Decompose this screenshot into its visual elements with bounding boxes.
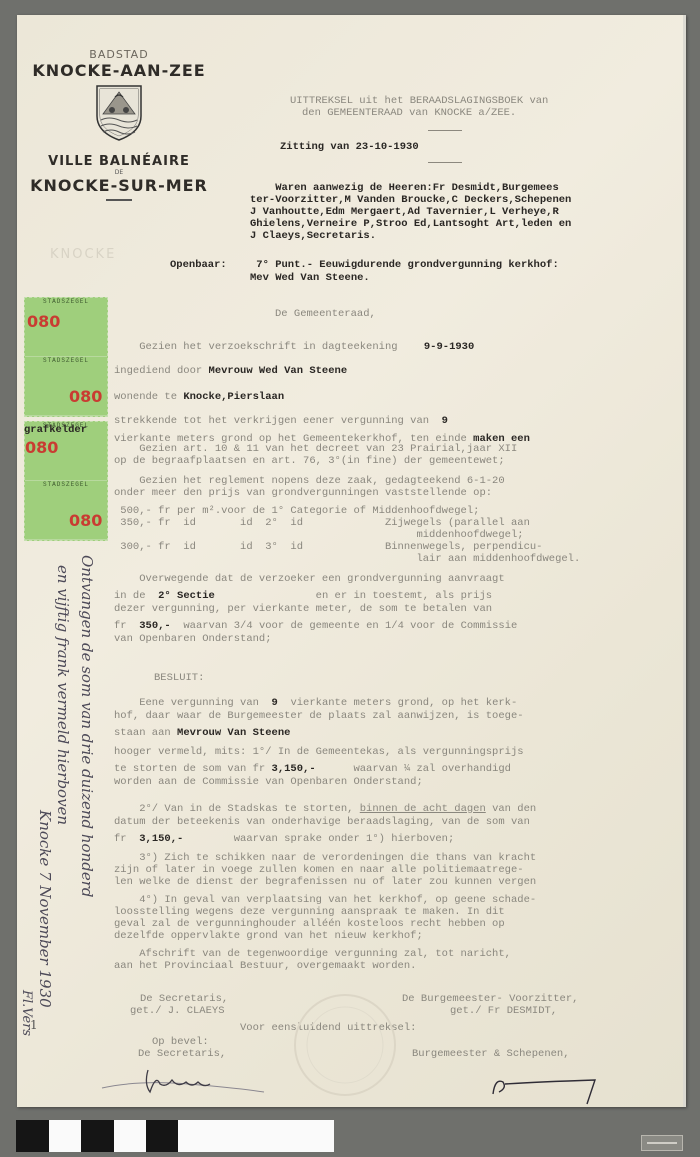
divider	[428, 130, 462, 131]
letterhead-ghost-print: KNOCKE	[50, 247, 116, 262]
calibration-white	[114, 1120, 146, 1152]
secretary-signature-icon	[98, 1062, 268, 1102]
calibration-white	[49, 1120, 81, 1152]
rate-row: 500,- fr per m².voor de 1° Categorie of …	[114, 505, 580, 517]
calibration-white	[178, 1120, 334, 1152]
stamp-value: 080	[69, 387, 102, 406]
deadline-underlined: binnen de acht dagen	[360, 803, 486, 815]
mayor-name: get./ Fr DESMIDT,	[450, 1005, 557, 1017]
letterhead-knocke-aan-zee: KNOCKE-AAN-ZEE	[24, 61, 214, 80]
attendance-line: Ghielens,Verneire P,Stroo Ed,Lantsoght A…	[250, 218, 571, 230]
attendance-line: Waren aanwezig de Heeren:Fr Desmidt,Burg…	[250, 182, 571, 194]
attendance-line: ter-Voorzitter,M Vanden Broucke,C Decker…	[250, 194, 571, 206]
salutation: De Gemeenteraad,	[275, 308, 376, 320]
resolution: BESLUIT: Eene vergunning van 9 vierkante…	[114, 672, 536, 972]
by-order-label: Op bevel:	[152, 1036, 209, 1048]
resolution-heading: BESLUIT:	[114, 672, 536, 684]
letterhead-ville-balneaire: VILLE BALNÉAIRE	[24, 154, 214, 169]
rate-row: 300,- fr id id 3° id Binnenwegels, perpe…	[114, 541, 580, 553]
requested-area: 9	[442, 415, 448, 427]
college-title: Burgemeester & Schepenen,	[412, 1048, 570, 1060]
faint-seal-icon	[290, 990, 400, 1100]
secretary-name: get./ J. CLAEYS	[130, 1005, 225, 1017]
rate-table: 500,- fr per m².voor de 1° Categorie of …	[114, 505, 580, 565]
attendance-block: Waren aanwezig de Heeren:Fr Desmidt,Burg…	[250, 182, 571, 242]
attendance-line: J Claeys,Secretaris.	[250, 230, 571, 242]
calibration-black	[146, 1120, 178, 1152]
purpose-cont: grafkelder	[24, 424, 87, 436]
margin-note-line1: Ontvangen de som van drie duizend honder…	[78, 555, 96, 897]
rate-row: lair aan middenhoofdwegel.	[114, 553, 580, 565]
attendance-line: J Vanhoutte,Edm Mergaert,Ad Tavernier,L …	[250, 206, 571, 218]
legal-basis: Gezien art. 10 & 11 van het decreet van …	[114, 443, 580, 645]
page-mark: 1	[30, 1018, 38, 1032]
calibration-black	[81, 1120, 114, 1152]
fiscal-stamp: STADSZEGEL080 STADSZEGEL080	[24, 421, 108, 541]
mayor-title: De Burgemeester- Voorzitter,	[402, 993, 578, 1005]
subject-line1: 7° Punt.- Eeuwigdurende grondvergunning …	[250, 259, 559, 271]
request-date: 9-9-1930	[424, 341, 474, 353]
divider	[428, 162, 462, 163]
stamp-value: 080	[25, 438, 58, 457]
secretary-title: De Secretaris,	[140, 993, 228, 1005]
letterhead-badstad: BADSTAD	[24, 48, 214, 61]
price-per-m2: 350,-	[139, 620, 171, 632]
margin-note-line2: en vijftig frank vermeld hierboven	[54, 565, 72, 825]
secretary-title-2: De Secretaris,	[138, 1048, 226, 1060]
stamp-value: 080	[69, 511, 102, 530]
session-date: Zitting van 23-10-1930	[280, 141, 419, 153]
applicant-address: Knocke,Pierslaan	[183, 391, 284, 403]
mayor-signature-icon	[485, 1070, 605, 1106]
fiscal-stamp: STADSZEGEL080 STADSZEGEL080	[24, 297, 108, 417]
stamp-value: 080	[27, 312, 60, 331]
minus-icon	[647, 1142, 677, 1144]
letterhead-knocke-sur-mer: KNOCKE-SUR-MER	[24, 176, 214, 195]
total-amount-repeat: 3,150,-	[139, 833, 183, 845]
document-title-line1: UITTREKSEL uit het BERAADSLAGINGSBOEK va…	[290, 95, 548, 107]
letterhead-rule	[106, 199, 132, 201]
request-paragraph: Gezien het verzoekschrift in dagteekenin…	[114, 336, 530, 446]
cemetery-section: 2° Sectie	[158, 590, 215, 602]
rate-row: middenhoofdwegel;	[114, 529, 580, 541]
grantee-name: Mevrouw Van Steene	[177, 727, 290, 739]
calibration-black	[16, 1120, 49, 1152]
letterhead-de: DE	[24, 169, 214, 176]
subject-line2: Mev Wed Van Steene.	[250, 272, 370, 284]
subject-label: Openbaar:	[170, 259, 227, 271]
rate-row: 350,- fr id id 2° id Zijwegels (parallel…	[114, 517, 580, 529]
total-amount: 3,150,-	[272, 763, 316, 775]
minimize-viewer-button[interactable]	[641, 1135, 683, 1151]
margin-note-line3: Knocke 7 November 1930	[36, 810, 54, 1008]
coat-of-arms-icon	[95, 84, 143, 142]
applicant-name: Mevrouw Wed Van Steene	[209, 365, 348, 377]
letterhead: BADSTAD KNOCKE-AAN-ZEE VILLE BALNÉAIRE D…	[24, 48, 214, 201]
document-title-line2: den GEMEENTERAAD van KNOCKE a/ZEE.	[302, 107, 516, 119]
